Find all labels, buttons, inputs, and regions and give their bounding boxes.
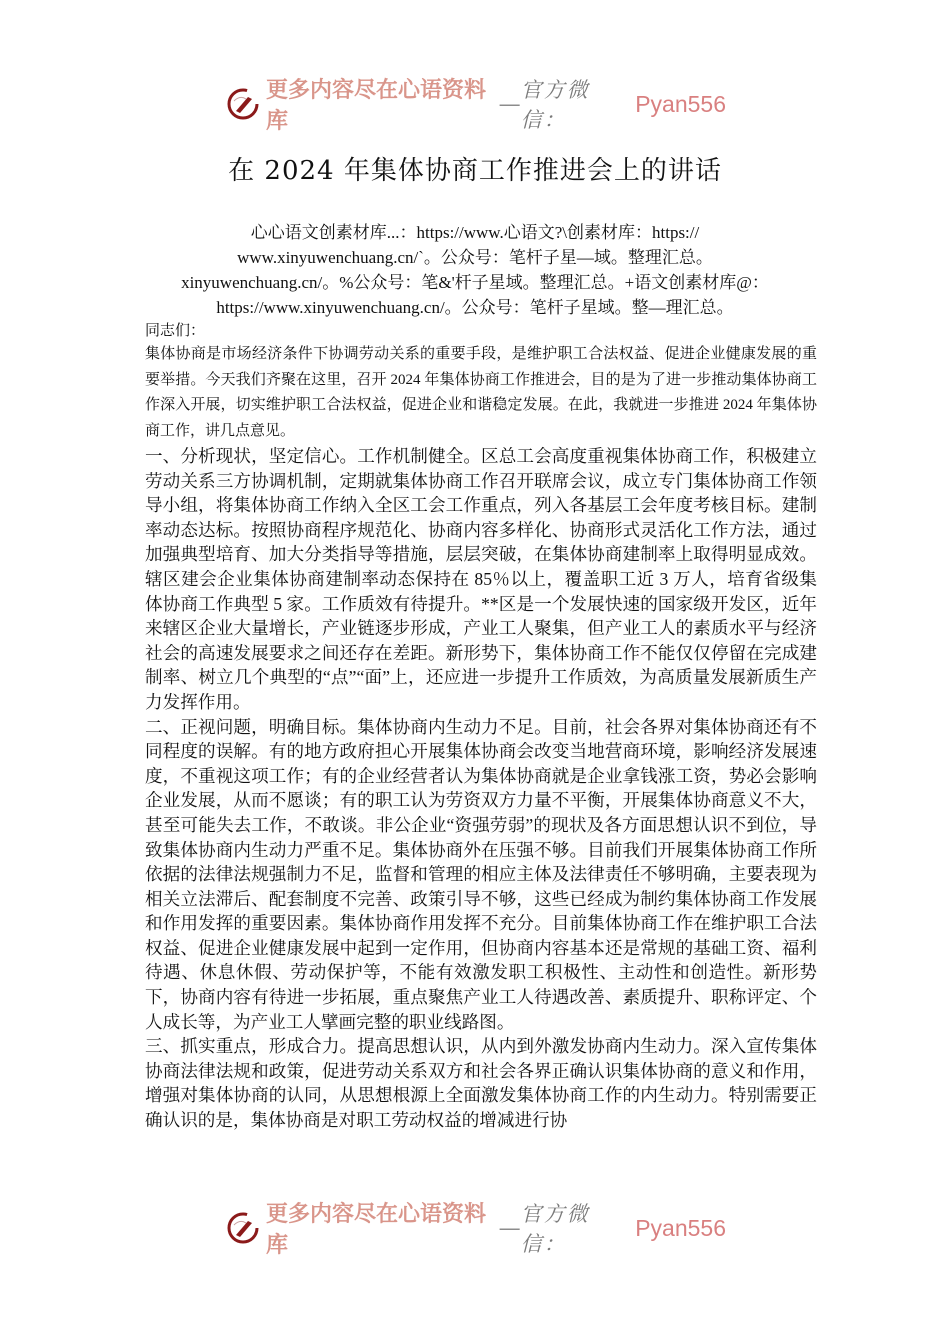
document-title: 在 2024 年集体协商工作推进会上的讲话 — [0, 150, 950, 187]
intro-paragraph: 集体协商是市场经济条件下协调劳动关系的重要手段，是维护职工合法权益、促进企业健康… — [145, 342, 817, 444]
source-note: 心心语文创素材库...：https://www.心语文?\创素材库：https:… — [150, 220, 800, 320]
banner-dash: — — [499, 1216, 521, 1241]
footer-banner: 更多内容尽在心语资料库 — 官方微信： Pyan556 — [226, 1206, 726, 1250]
banner-dash: — — [499, 92, 521, 117]
section-1-paragraph: 一、分析现状，坚定信心。工作机制健全。区总工会高度重视集体协商工作，积极建立劳动… — [145, 444, 817, 715]
banner-main-text: 更多内容尽在心语资料库 — [266, 73, 499, 135]
quill-pen-logo-icon — [226, 1211, 260, 1245]
document-body: 同志们： 集体协商是市场经济条件下协调劳动关系的重要手段，是维护职工合法权益、促… — [145, 320, 817, 1133]
banner-wechat-id: Pyan556 — [635, 1215, 726, 1242]
banner-wechat-label: 官方微信： — [521, 74, 632, 134]
banner-wechat-id: Pyan556 — [635, 91, 726, 118]
source-line: 心心语文创素材库...：https://www.心语文?\创素材库：https:… — [150, 220, 800, 245]
section-2-paragraph: 二、正视问题，明确目标。集体协商内生动力不足。目前，社会各界对集体协商还有不同程… — [145, 715, 817, 1035]
source-line: xinyuwenchuang.cn/。%公众号：笔&'杆子星域。整理汇总。+语文… — [150, 270, 800, 295]
banner-main-text: 更多内容尽在心语资料库 — [266, 1197, 499, 1259]
banner-wechat-label: 官方微信： — [521, 1198, 632, 1258]
greeting: 同志们： — [145, 320, 817, 342]
source-line: www.xinyuwenchuang.cn/`。公众号：笔杆子星—域。整理汇总。 — [150, 245, 800, 270]
header-banner: 更多内容尽在心语资料库 — 官方微信： Pyan556 — [226, 82, 726, 126]
source-line: https://www.xinyuwenchuang.cn/。公众号：笔杆子星域… — [150, 295, 800, 320]
quill-pen-logo-icon — [226, 87, 260, 121]
section-3-paragraph: 三、抓实重点，形成合力。提高思想认识，从内到外激发协商内生动力。深入宣传集体协商… — [145, 1034, 817, 1132]
